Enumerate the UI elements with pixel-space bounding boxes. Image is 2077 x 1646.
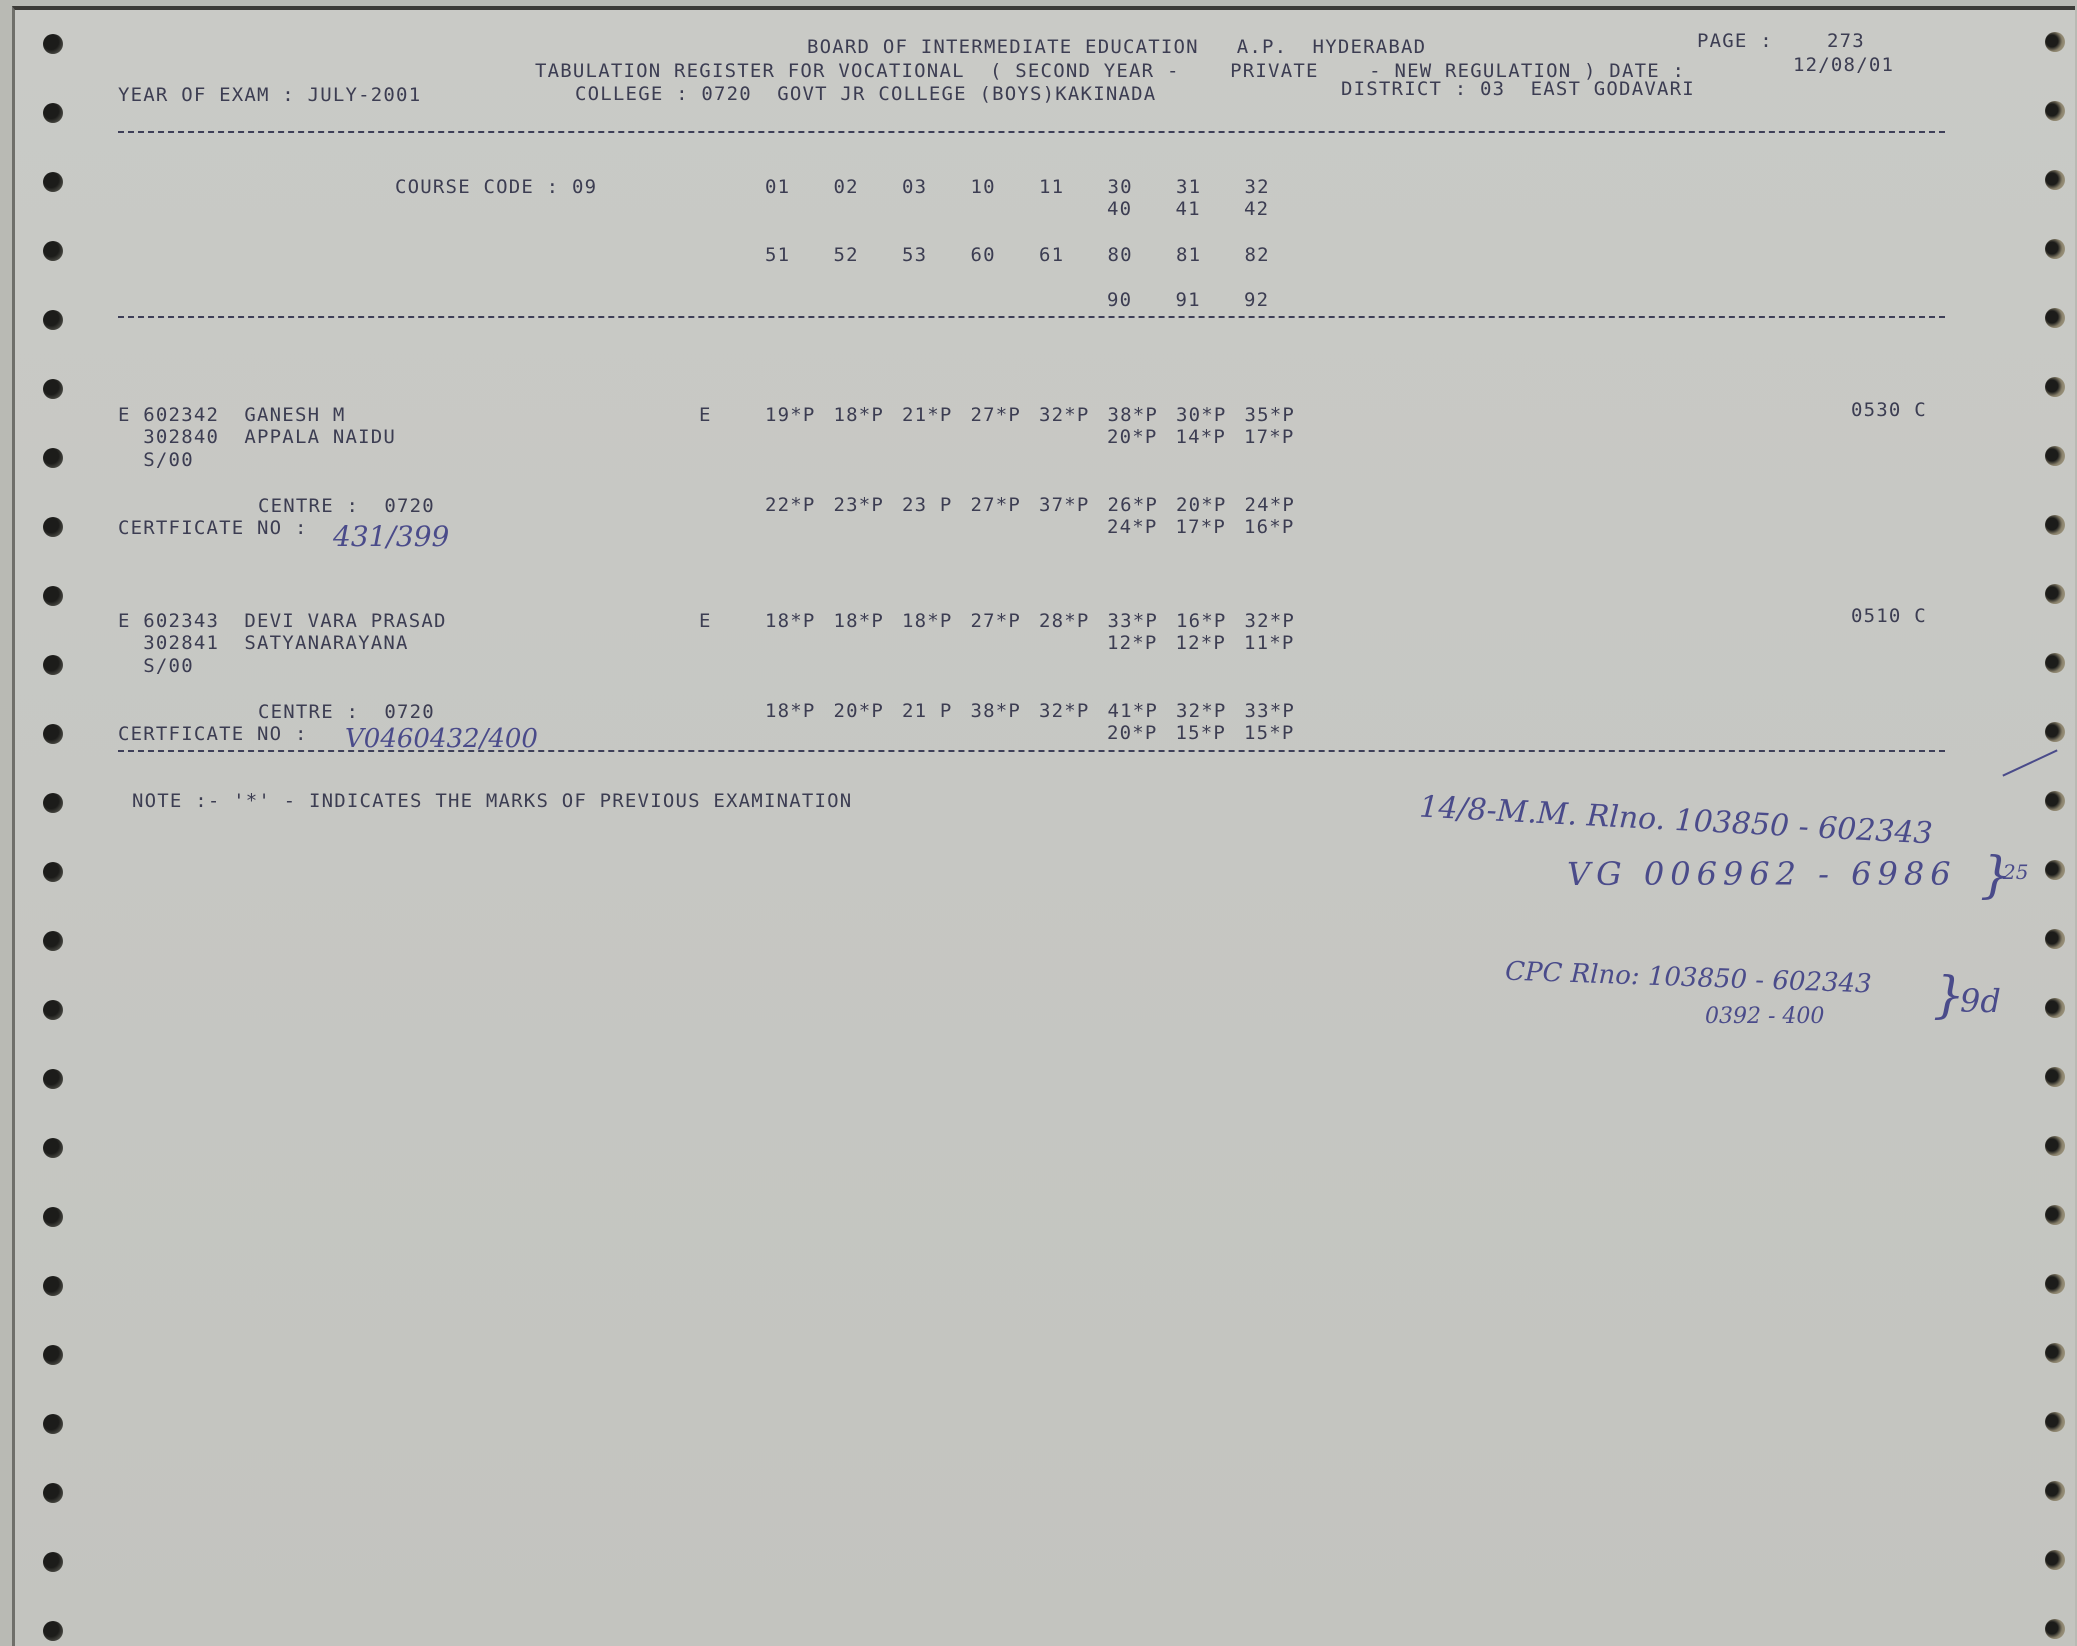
subject-code: 42: [1244, 200, 1313, 219]
feed-hole-icon: [43, 379, 63, 399]
feed-hole-icon: [43, 1207, 63, 1227]
feed-hole-icon: [2045, 653, 2065, 673]
subject-code: 02: [834, 178, 903, 197]
feed-hole-icon: [43, 241, 63, 261]
feed-hole-icon: [43, 1621, 63, 1641]
subject-codes-row-3: 51 52 53 60 61 80 81 82: [765, 246, 1313, 265]
mark: 28*P: [1039, 612, 1108, 631]
feed-hole-icon: [43, 448, 63, 468]
subject-code: 51: [765, 246, 834, 265]
total-and-result: 0530 C: [1851, 401, 1927, 420]
feed-hole-icon: [2045, 1550, 2065, 1570]
feed-hole-icon: [2045, 1412, 2065, 1432]
subject-code: 31: [1176, 178, 1245, 197]
certificate-label: CERTFICATE NO :: [118, 519, 308, 538]
feed-hole-icon: [43, 793, 63, 813]
subject-code: 91: [1176, 291, 1245, 310]
feed-hole-icon: [2045, 239, 2065, 259]
subject-codes-row-4: 90 91 92: [1107, 291, 1313, 310]
subject-code: 03: [902, 178, 971, 197]
subject-code: 82: [1245, 246, 1314, 265]
mark: 27*P: [971, 406, 1040, 425]
mark: 27*P: [971, 496, 1040, 515]
marks-row-1: 18*P 18*P 18*P 27*P 28*P 33*P 16*P 32*P: [765, 612, 1313, 631]
feed-hole-icon: [2045, 860, 2065, 880]
feed-hole-icon: [2045, 308, 2065, 328]
mark: 23 P: [902, 496, 971, 515]
mark: 26*P: [1108, 496, 1177, 515]
mark: 32*P: [1245, 612, 1314, 631]
reg-no-and-father-name: 302841 SATYANARAYANA: [118, 634, 409, 653]
subject-code: 30: [1108, 178, 1177, 197]
handwritten-note-line-1: 14/8-M.M. Rlno. 103850 - 602343: [1419, 793, 1934, 850]
mark: 18*P: [834, 612, 903, 631]
feed-hole-icon: [43, 103, 63, 123]
subject-code: 60: [971, 246, 1040, 265]
subject-code: 52: [834, 246, 903, 265]
mark: 18*P: [765, 612, 834, 631]
records-divider: [118, 750, 1945, 752]
mark: 41*P: [1108, 702, 1177, 721]
print-date: 12/08/01: [1793, 56, 1894, 75]
mark: 32*P: [1039, 406, 1108, 425]
status-code: S/00: [118, 451, 194, 470]
feed-hole-icon: [43, 34, 63, 54]
feed-hole-icon: [2045, 998, 2065, 1018]
marks-row-2: 12*P 12*P 11*P: [1107, 634, 1313, 653]
feed-hole-icon: [43, 517, 63, 537]
subject-code: 40: [1107, 200, 1176, 219]
mark: 38*P: [971, 702, 1040, 721]
certificate-label: CERTFICATE NO :: [118, 725, 308, 744]
mark: 12*P: [1176, 634, 1245, 653]
subject-code: 81: [1176, 246, 1245, 265]
mark: 17*P: [1176, 518, 1245, 537]
feed-hole-icon: [43, 310, 63, 330]
subject-code: 10: [971, 178, 1040, 197]
feed-hole-icon: [2045, 1619, 2065, 1639]
feed-hole-icon: [2045, 1274, 2065, 1294]
tabulation-register-sheet: BOARD OF INTERMEDIATE EDUCATION A.P. HYD…: [12, 6, 2075, 1642]
handwritten-certificate-no: V0460432/400: [345, 726, 538, 752]
feed-hole-icon: [2045, 377, 2065, 397]
feed-hole-icon: [43, 1552, 63, 1572]
mark: 27*P: [971, 612, 1040, 631]
medium: E: [699, 406, 712, 425]
mark: 14*P: [1176, 428, 1245, 447]
header-divider: [118, 131, 1945, 133]
marks-row-3: 18*P 20*P 21 P 38*P 32*P 41*P 32*P 33*P: [765, 702, 1313, 721]
hall-ticket-and-name: E 602342 GANESH M: [118, 406, 346, 425]
feed-hole-icon: [2045, 1343, 2065, 1363]
district-info: DISTRICT : 03 EAST GODAVARI: [1341, 80, 1695, 99]
total-and-result: 0510 C: [1851, 607, 1927, 626]
page-number: 273: [1827, 32, 1865, 51]
subject-code: 11: [1039, 178, 1108, 197]
feed-hole-icon: [2045, 170, 2065, 190]
hall-ticket-and-name: E 602343 DEVI VARA PRASAD: [118, 612, 447, 631]
subject-code: 32: [1245, 178, 1314, 197]
handwritten-certificate-no: 431/399: [333, 523, 449, 551]
tractor-feed-holes-right: [2045, 10, 2075, 1642]
mark: 20*P: [834, 702, 903, 721]
mark: 18*P: [834, 406, 903, 425]
feed-hole-icon: [43, 724, 63, 744]
subject-code: 41: [1176, 200, 1245, 219]
feed-hole-icon: [2045, 791, 2065, 811]
feed-hole-icon: [2045, 722, 2065, 742]
mark: 15*P: [1244, 724, 1313, 743]
mark: 18*P: [902, 612, 971, 631]
year-of-exam: YEAR OF EXAM : JULY-2001: [118, 86, 421, 105]
mark: 32*P: [1039, 702, 1108, 721]
handwritten-note-line-3: CPC Rlno: 103850 - 602343: [1505, 959, 1872, 998]
page-label: PAGE :: [1697, 32, 1773, 51]
mark: 37*P: [1039, 496, 1108, 515]
feed-hole-icon: [2045, 1067, 2065, 1087]
subject-code: 01: [765, 178, 834, 197]
subject-code: 53: [902, 246, 971, 265]
feed-hole-icon: [43, 1138, 63, 1158]
feed-hole-icon: [43, 1414, 63, 1434]
mark: 23*P: [834, 496, 903, 515]
feed-hole-icon: [43, 172, 63, 192]
course-divider: [118, 316, 1945, 318]
feed-hole-icon: [2045, 446, 2065, 466]
mark: 16*P: [1176, 612, 1245, 631]
subject-code: 92: [1244, 291, 1313, 310]
status-code: S/00: [118, 657, 194, 676]
college-info: COLLEGE : 0720 GOVT JR COLLEGE (BOYS)KAK…: [575, 85, 1156, 104]
mark: 32*P: [1176, 702, 1245, 721]
mark: 24*P: [1107, 518, 1176, 537]
marks-row-2: 20*P 14*P 17*P: [1107, 428, 1313, 447]
subject-code: 90: [1107, 291, 1176, 310]
feed-hole-icon: [43, 862, 63, 882]
reg-no-and-father-name: 302840 APPALA NAIDU: [118, 428, 396, 447]
feed-hole-icon: [2045, 1205, 2065, 1225]
course-code-label: COURSE CODE : 09: [395, 178, 597, 197]
feed-hole-icon: [2045, 584, 2065, 604]
handwritten-side-note-2: 9d: [1960, 985, 2001, 1017]
mark: 35*P: [1245, 406, 1314, 425]
feed-hole-icon: [2045, 1136, 2065, 1156]
mark: 17*P: [1244, 428, 1313, 447]
handwritten-note-line-2: VG 006962 - 6986: [1567, 858, 1957, 890]
subject-codes-row-2: 40 41 42: [1107, 200, 1313, 219]
feed-hole-icon: [2045, 101, 2065, 121]
mark: 12*P: [1107, 634, 1176, 653]
mark: 20*P: [1176, 496, 1245, 515]
mark: 16*P: [1244, 518, 1313, 537]
mark: 24*P: [1245, 496, 1314, 515]
mark: 33*P: [1245, 702, 1314, 721]
marks-row-4: 20*P 15*P 15*P: [1107, 724, 1313, 743]
feed-hole-icon: [2045, 515, 2065, 535]
subject-code: 61: [1039, 246, 1108, 265]
subject-code: 80: [1108, 246, 1177, 265]
tractor-feed-holes-left: [43, 10, 73, 1642]
centre: CENTRE : 0720: [258, 497, 435, 516]
feed-hole-icon: [2045, 929, 2065, 949]
feed-hole-icon: [2045, 32, 2065, 52]
mark: 38*P: [1108, 406, 1177, 425]
centre: CENTRE : 0720: [258, 703, 435, 722]
feed-hole-icon: [43, 1069, 63, 1089]
feed-hole-icon: [43, 1000, 63, 1020]
feed-hole-icon: [2045, 1481, 2065, 1501]
feed-hole-icon: [43, 1345, 63, 1365]
marks-row-3: 22*P 23*P 23 P 27*P 37*P 26*P 20*P 24*P: [765, 496, 1313, 515]
handwritten-side-note-1: 25: [2003, 862, 2028, 882]
mark: 22*P: [765, 496, 834, 515]
board-title: BOARD OF INTERMEDIATE EDUCATION A.P. HYD…: [807, 38, 1426, 57]
mark: 11*P: [1244, 634, 1313, 653]
medium: E: [699, 612, 712, 631]
feed-hole-icon: [43, 655, 63, 675]
mark: 19*P: [765, 406, 834, 425]
mark: 20*P: [1107, 724, 1176, 743]
mark: 20*P: [1107, 428, 1176, 447]
subject-codes-row-1: 01 02 03 10 11 30 31 32: [765, 178, 1313, 197]
feed-hole-icon: [43, 1483, 63, 1503]
marks-row-4: 24*P 17*P 16*P: [1107, 518, 1313, 537]
mark: 21*P: [902, 406, 971, 425]
feed-hole-icon: [43, 1276, 63, 1296]
marks-row-1: 19*P 18*P 21*P 27*P 32*P 38*P 30*P 35*P: [765, 406, 1313, 425]
feed-hole-icon: [43, 931, 63, 951]
mark: 18*P: [765, 702, 834, 721]
handwritten-note-line-4: 0392 - 400: [1705, 1006, 1824, 1028]
mark: 21 P: [902, 702, 971, 721]
mark: 15*P: [1176, 724, 1245, 743]
mark: 33*P: [1108, 612, 1177, 631]
mark: 30*P: [1176, 406, 1245, 425]
footnote: NOTE :- '*' - INDICATES THE MARKS OF PRE…: [132, 792, 852, 811]
feed-hole-icon: [43, 586, 63, 606]
